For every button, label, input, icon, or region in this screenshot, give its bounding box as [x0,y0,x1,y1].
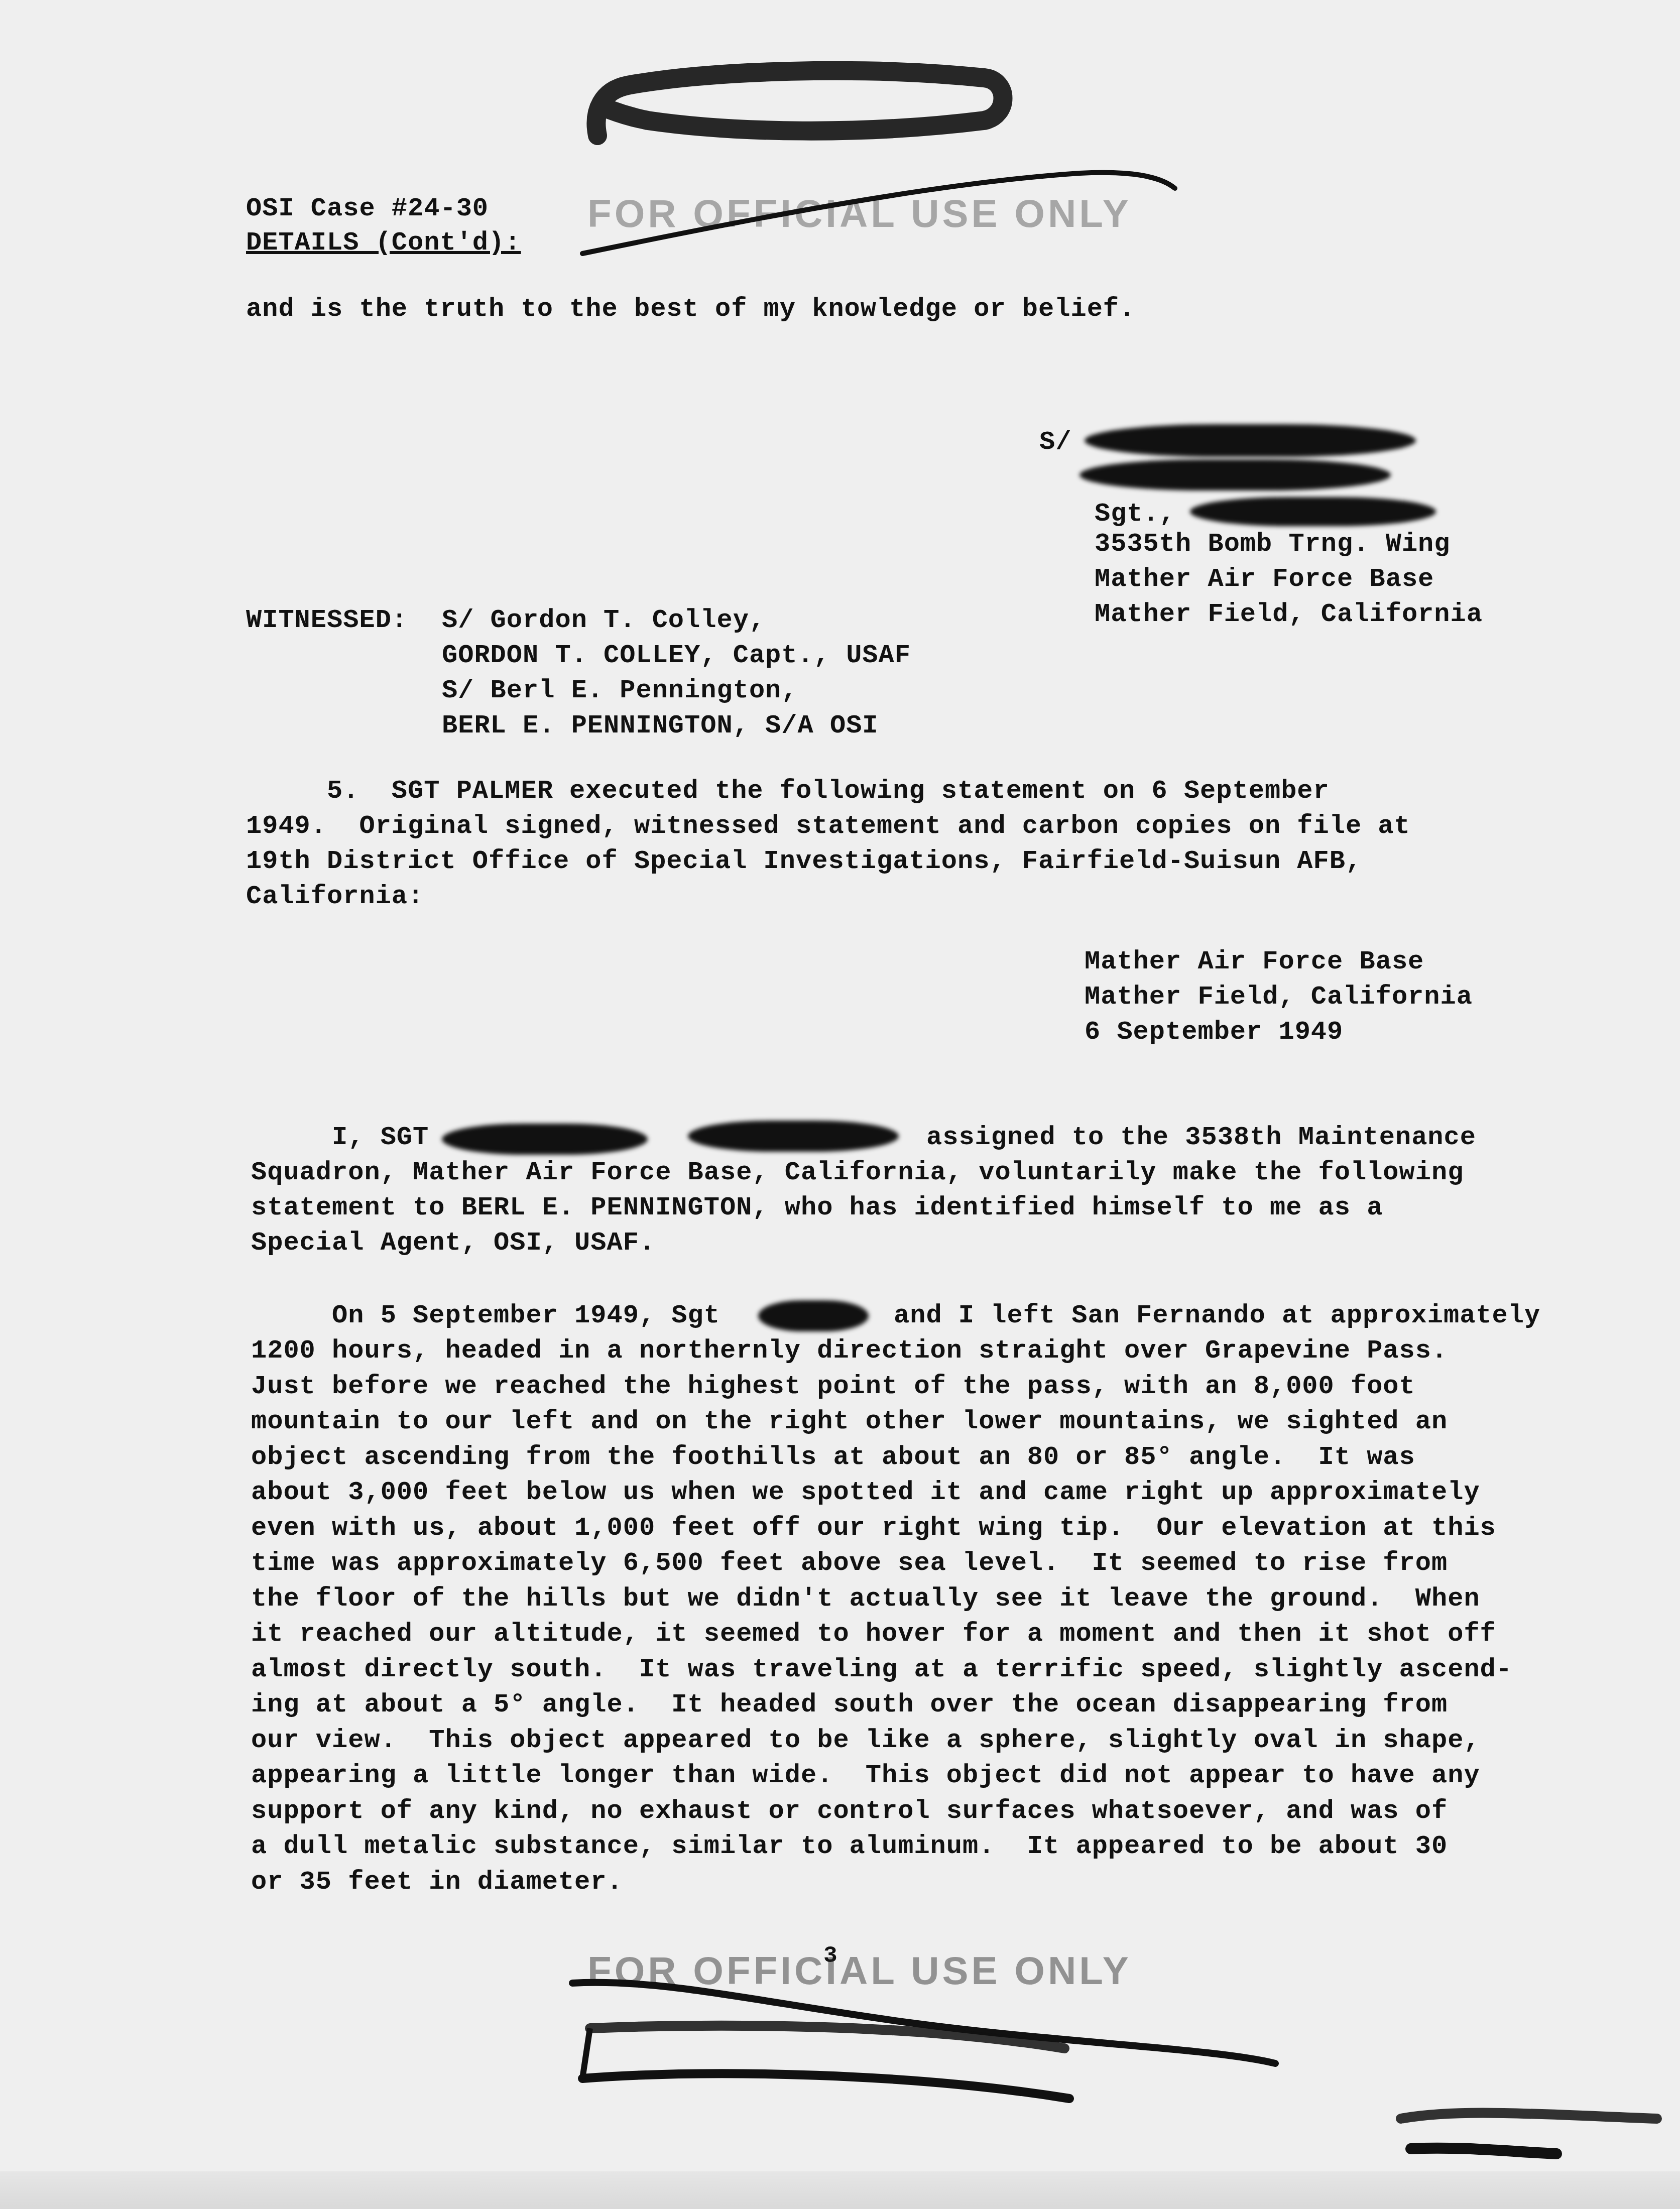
statement-body-line: almost directly south. It was traveling … [251,1652,1512,1688]
witness-line: GORDON T. COLLEY, Capt., USAF [442,638,911,674]
statement-body-prefix: On 5 September 1949, Sgt [251,1298,720,1334]
redaction-bar [688,1121,899,1152]
top-redaction-scribble [582,50,1014,146]
paragraph-5-line: 19th District Office of Special Investig… [246,843,1362,880]
statement-body-line: time was approximately 6,500 feet above … [251,1545,1448,1581]
signature-base: Mather Air Force Base [1095,561,1434,597]
case-number: OSI Case #24-30 [246,191,489,227]
witness-line: BERL E. PENNINGTON, S/A OSI [442,708,879,744]
statement-body-line: ing at about a 5° angle. It headed south… [251,1687,1448,1723]
details-label: DETAILS (Cont'd): [246,225,521,261]
statement-body-line: support of any kind, no exhaust or contr… [251,1793,1448,1829]
statement-body-line: our view. This object appeared to be lik… [251,1723,1480,1759]
redaction-bar [758,1300,869,1331]
redaction-bar [442,1124,648,1155]
statement-body-line: even with us, about 1,000 feet off our r… [251,1510,1496,1546]
paragraph-5-line: California: [246,879,424,915]
statement-intro-suffix: assigned to the 3538th Maintenance [926,1120,1476,1156]
redaction-bar [1190,497,1436,526]
statement-body-line: Just before we reached the highest point… [251,1369,1415,1405]
witness-line: S/ Gordon T. Colley, [442,602,765,639]
signature-unit: 3535th Bomb Trng. Wing [1095,526,1451,562]
document-page: OSI Case #24-30 DETAILS (Cont'd): FOR OF… [0,0,1680,2209]
statement-intro-line: Special Agent, OSI, USAF. [251,1225,655,1261]
statement-intro-line: statement to BERL E. PENNINGTON, who has… [251,1190,1383,1226]
statement-header-line: Mather Air Force Base [1085,944,1424,980]
continuation-line: and is the truth to the best of my knowl… [246,291,1135,327]
statement-body-suffix: and I left San Fernando at approximately [894,1298,1540,1334]
corner-redaction-scribble [1396,2099,1667,2159]
paragraph-5-line: 1949. Original signed, witnessed stateme… [246,808,1410,844]
statement-body-line: it reached our altitude, it seemed to ho… [251,1616,1496,1652]
witness-line: S/ Berl E. Pennington, [442,673,798,709]
statement-body-line: mountain to our left and on the right ot… [251,1404,1448,1440]
statement-body-line: about 3,000 feet below us when we spotte… [251,1475,1480,1511]
scan-bottom-edge [0,2171,1680,2209]
redaction-bar [1079,459,1391,490]
statement-intro-prefix: I, SGT [251,1120,429,1156]
signature-location: Mather Field, California [1095,596,1483,633]
statement-body-line: or 35 feet in diameter. [251,1864,623,1900]
statement-body-line: appearing a little longer than wide. Thi… [251,1758,1480,1794]
statement-body-line: object ascending from the foothills at a… [251,1439,1415,1476]
paragraph-5-line: 5. SGT PALMER executed the following sta… [246,773,1330,809]
statement-body-line: 1200 hours, headed in a northernly direc… [251,1333,1448,1369]
statement-body-line: the floor of the hills but we didn't act… [251,1581,1480,1617]
signed-prefix: S/ [1039,424,1071,460]
stamp-strike-line-bottom [562,1973,1315,2104]
redaction-bar [1085,424,1416,457]
statement-intro-line: Squadron, Mather Air Force Base, Califor… [251,1155,1464,1191]
statement-body-line: a dull metalic substance, similar to alu… [251,1828,1448,1865]
stamp-strike-line-top [577,168,1180,259]
witnessed-label: WITNESSED: [246,602,408,639]
statement-header-line: 6 September 1949 [1085,1014,1343,1050]
statement-header-line: Mather Field, California [1085,979,1473,1015]
